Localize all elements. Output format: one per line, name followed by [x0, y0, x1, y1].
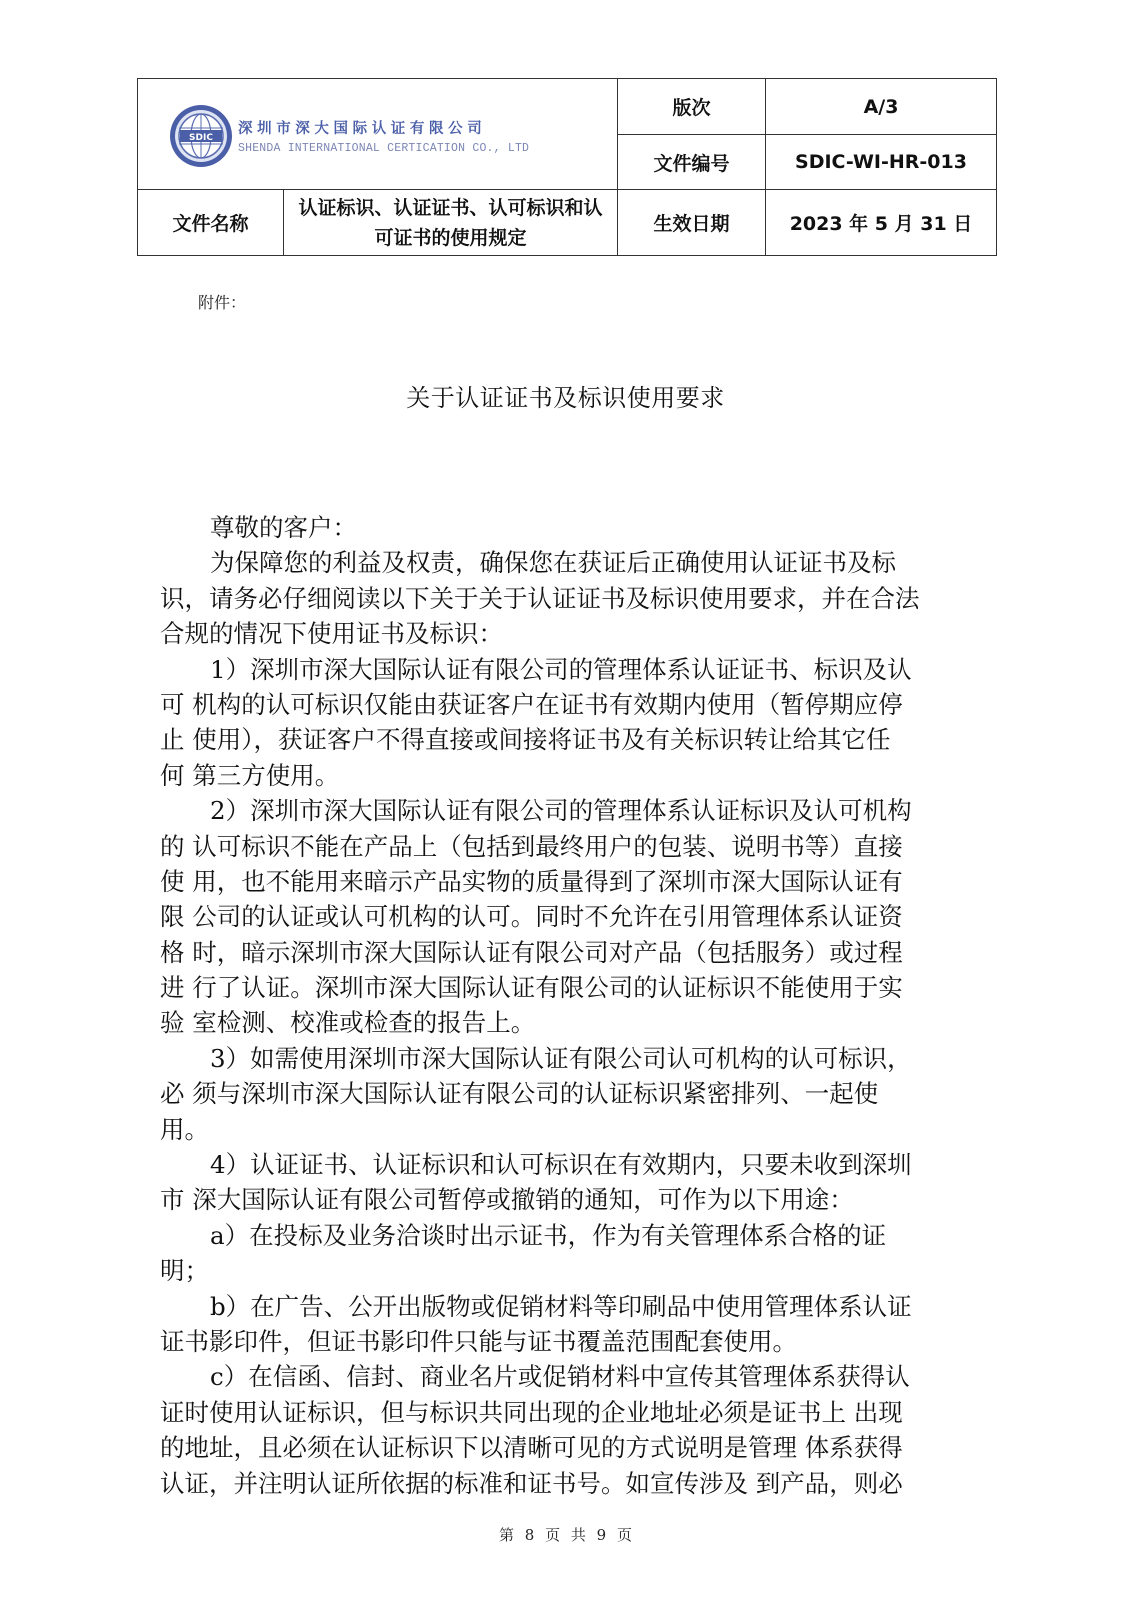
body-line: 何 第三方使用。: [160, 758, 970, 793]
doc-number-value: SDIC-WI-HR-013: [766, 135, 996, 189]
body-line: 的地址，且必须在认证标识下以清晰可见的方式说明是管理 体系获得: [160, 1430, 970, 1465]
body-line: b）在广告、公开出版物或促销材料等印刷品中使用管理体系认证: [160, 1289, 970, 1324]
body-line: 验 室检测、校准或检查的报告上。: [160, 1005, 970, 1040]
body-line: 合规的情况下使用证书及标识：: [160, 616, 970, 651]
body-line: 使 用，也不能用来暗示产品实物的质量得到了深圳市深大国际认证有: [160, 864, 970, 899]
document-header-table: SDIC 深圳市深大国际认证有限公司 SHENDA INTERNATIONAL …: [137, 78, 997, 256]
body-line: 可 机构的认可标识仅能由获证客户在证书有效期内使用（暂停期应停: [160, 687, 970, 722]
body-line: 2）深圳市深大国际认证有限公司的管理体系认证标识及认可机构: [160, 793, 970, 828]
version-label: 版次: [618, 79, 765, 134]
body-text: 尊敬的客户：为保障您的利益及权责，确保您在获证后正确使用认证证书及标识，请务必仔…: [160, 510, 970, 1501]
company-name-cn: 深圳市深大国际认证有限公司: [238, 117, 529, 138]
body-line: 认证，并注明认证所依据的标准和证书号。如宣传涉及 到产品，则必: [160, 1466, 970, 1501]
body-line: 用。: [160, 1112, 970, 1147]
doc-name-line-2: 可证书的使用规定: [374, 223, 526, 253]
doc-name-value: 认证标识、认证证书、认可标识和认 可证书的使用规定: [284, 190, 617, 255]
doc-name-line-1: 认证标识、认证证书、认可标识和认: [298, 193, 602, 223]
effective-date-value: 2023 年 5 月 31 日: [766, 190, 996, 255]
attachment-label: 附件：: [198, 290, 246, 313]
body-line: 为保障您的利益及权责，确保您在获证后正确使用认证证书及标: [160, 545, 970, 580]
body-line: 市 深大国际认证有限公司暂停或撤销的通知，可作为以下用途：: [160, 1182, 970, 1217]
body-line: 证时使用认证标识，但与标识共同出现的企业地址必须是证书上 出现: [160, 1395, 970, 1430]
body-line: 尊敬的客户：: [160, 510, 970, 545]
body-line: c）在信函、信封、商业名片或促销材料中宣传其管理体系获得认: [160, 1359, 970, 1394]
svg-text:SDIC: SDIC: [189, 133, 213, 143]
body-line: 限 公司的认证或认可机构的认可。同时不允许在引用管理体系认证资: [160, 899, 970, 934]
company-globe-logo-icon: SDIC: [168, 103, 234, 169]
doc-name-label: 文件名称: [138, 190, 283, 255]
body-line: 3）如需使用深圳市深大国际认证有限公司认可机构的认可标识，: [160, 1041, 970, 1076]
version-value: A/3: [766, 79, 996, 134]
body-line: 1）深圳市深大国际认证有限公司的管理体系认证证书、标识及认: [160, 652, 970, 687]
body-line: 证书影印件，但证书影印件只能与证书覆盖范围配套使用。: [160, 1324, 970, 1359]
page-number-footer: 第 8 页 共 9 页: [0, 1524, 1131, 1545]
body-line: 识，请务必仔细阅读以下关于关于认证证书及标识使用要求，并在合法: [160, 581, 970, 616]
company-logo-block: SDIC 深圳市深大国际认证有限公司 SHENDA INTERNATIONAL …: [168, 103, 529, 169]
body-line: 明；: [160, 1253, 970, 1288]
body-line: a）在投标及业务洽谈时出示证书，作为有关管理体系合格的证: [160, 1218, 970, 1253]
body-line: 4）认证证书、认证标识和认可标识在有效期内，只要未收到深圳: [160, 1147, 970, 1182]
body-line: 止 使用），获证客户不得直接或间接将证书及有关标识转让给其它任: [160, 722, 970, 757]
body-line: 必 须与深圳市深大国际认证有限公司的认证标识紧密排列、一起使: [160, 1076, 970, 1111]
body-line: 进 行了认证。深圳市深大国际认证有限公司的认证标识不能使用于实: [160, 970, 970, 1005]
page-title: 关于认证证书及标识使用要求: [0, 378, 1131, 413]
document-page: SDIC 深圳市深大国际认证有限公司 SHENDA INTERNATIONAL …: [0, 0, 1131, 1600]
doc-number-label: 文件编号: [618, 135, 765, 189]
effective-date-label: 生效日期: [618, 190, 765, 255]
body-line: 格 时，暗示深圳市深大国际认证有限公司对产品（包括服务）或过程: [160, 935, 970, 970]
company-name-en: SHENDA INTERNATIONAL CERTICATION CO., LT…: [238, 142, 529, 155]
body-line: 的 认可标识不能在产品上（包括到最终用户的包装、说明书等）直接: [160, 829, 970, 864]
